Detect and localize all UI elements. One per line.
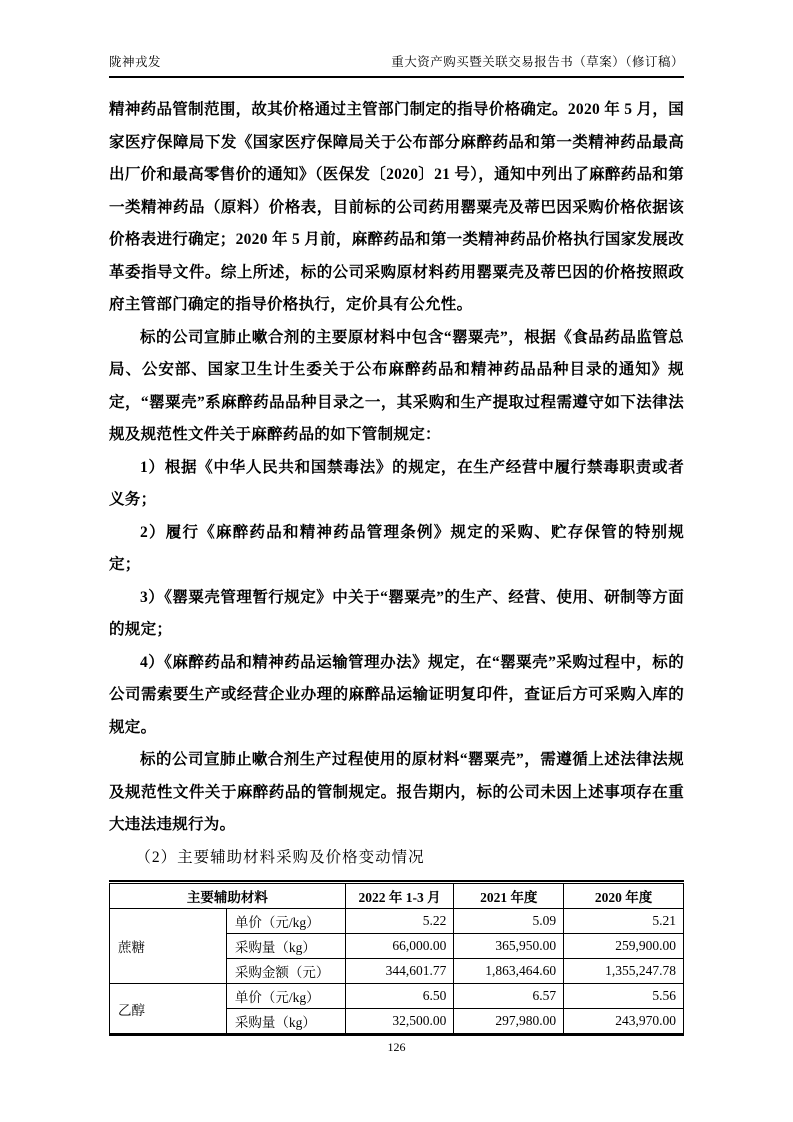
cell-value: 6.57 (454, 984, 564, 1009)
cell-value: 344,601.77 (345, 959, 454, 984)
cell-value: 5.22 (345, 909, 454, 934)
list-item-2: 2）履行《麻醉药品和精神药品管理条例》规定的采购、贮存保管的特别规定； (109, 517, 684, 582)
cell-value: 1,863,464.60 (454, 959, 564, 984)
cell-value: 5.09 (454, 909, 564, 934)
page-footer: 126 (0, 1040, 793, 1055)
body-paragraph-7: 标的公司宣肺止嗽合剂生产过程使用的原材料“罂粟壳”，需遵循上述法律法规及规范性文… (109, 744, 684, 842)
cell-value: 32,500.00 (345, 1009, 454, 1035)
cell-value: 66,000.00 (345, 934, 454, 959)
page-number: 126 (388, 1040, 406, 1054)
row-label: 采购量（kg） (226, 1009, 345, 1035)
cell-value: 243,970.00 (564, 1009, 684, 1035)
table-header-row: 主要辅助材料 2022 年 1-3 月 2021 年度 2020 年度 (110, 884, 684, 909)
header-report-title: 重大资产购买暨关联交易报告书（草案）（修订稿） (391, 52, 684, 70)
body-paragraph-2: 标的公司宣肺止嗽合剂的主要原材料中包含“罂粟壳”，根据《食品药品监管总局、公安部… (109, 322, 684, 452)
list-item-4: 4）《麻醉药品和精神药品运输管理办法》规定，在“罂粟壳”采购过程中，标的公司需索… (109, 647, 684, 745)
material-name-ethanol: 乙醇 (110, 984, 227, 1035)
table-row: 蔗糖 单价（元/kg） 5.22 5.09 5.21 (110, 909, 684, 934)
document-page: 陇神戎发 重大资产购买暨关联交易报告书（草案）（修订稿） 精神药品管制范围，故其… (0, 0, 793, 1122)
col-header-2022: 2022 年 1-3 月 (345, 884, 454, 909)
col-header-2020: 2020 年度 (564, 884, 684, 909)
row-label: 单价（元/kg） (226, 984, 345, 1009)
cell-value: 259,900.00 (564, 934, 684, 959)
cell-value: 6.50 (345, 984, 454, 1009)
cell-value: 297,980.00 (454, 1009, 564, 1035)
material-name-sucrose: 蔗糖 (110, 909, 227, 984)
row-label: 采购金额（元） (226, 959, 345, 984)
list-item-1: 1）根据《中华人民共和国禁毒法》的规定，在生产经营中履行禁毒职责或者义务； (109, 452, 684, 517)
table-row: 乙醇 单价（元/kg） 6.50 6.57 5.56 (110, 984, 684, 1009)
section-heading: （2）主要辅助材料采购及价格变动情况 (109, 842, 684, 875)
running-header: 陇神戎发 重大资产购买暨关联交易报告书（草案）（修订稿） (109, 0, 684, 78)
cell-value: 5.21 (564, 909, 684, 934)
aux-materials-table: 主要辅助材料 2022 年 1-3 月 2021 年度 2020 年度 蔗糖 单… (109, 883, 684, 1036)
aux-materials-table-wrapper: 主要辅助材料 2022 年 1-3 月 2021 年度 2020 年度 蔗糖 单… (109, 880, 684, 1036)
header-company-name: 陇神戎发 (109, 52, 161, 70)
col-header-material: 主要辅助材料 (110, 884, 346, 909)
col-header-2021: 2021 年度 (454, 884, 564, 909)
row-label: 单价（元/kg） (226, 909, 345, 934)
cell-value: 365,950.00 (454, 934, 564, 959)
cell-value: 5.56 (564, 984, 684, 1009)
list-item-3: 3）《罂粟壳管理暂行规定》中关于“罂粟壳”的生产、经营、使用、研制等方面的规定； (109, 582, 684, 647)
row-label: 采购量（kg） (226, 934, 345, 959)
cell-value: 1,355,247.78 (564, 959, 684, 984)
document-body: 精神药品管制范围，故其价格通过主管部门制定的指导价格确定。2020 年 5 月，… (109, 94, 684, 1036)
body-paragraph-1: 精神药品管制范围，故其价格通过主管部门制定的指导价格确定。2020 年 5 月，… (109, 94, 684, 322)
